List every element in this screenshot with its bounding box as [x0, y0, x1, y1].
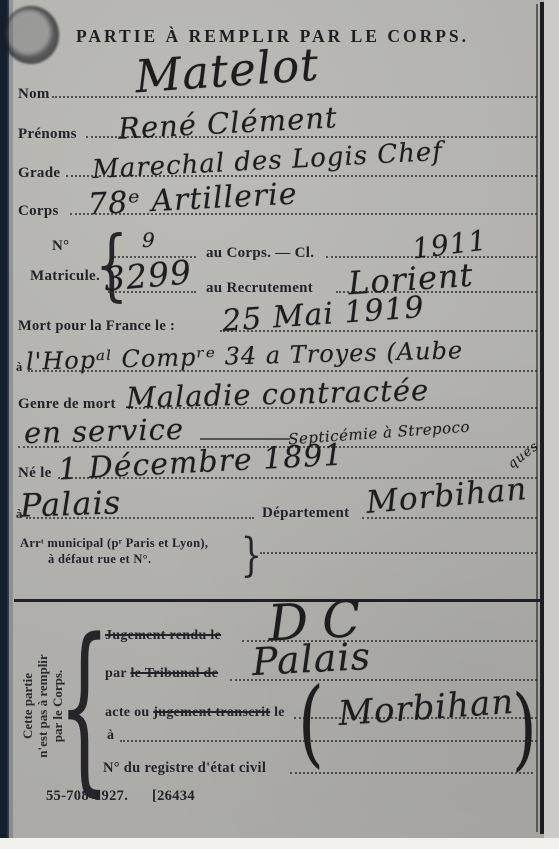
dept-paren-close: ) [512, 676, 537, 781]
scan-border-left [0, 0, 9, 838]
nom-line [52, 96, 537, 98]
grade-label: Grade [18, 165, 60, 182]
sidebar-note-line1: Cette partie [20, 620, 35, 792]
registre-label: N° du registre d'état civil [103, 760, 266, 777]
matricule-no-label: N° [52, 238, 69, 255]
matricule-label: Matricule. [30, 268, 100, 285]
au-corps-label: au Corps. — Cl. [206, 245, 314, 262]
a-line [120, 740, 537, 742]
card-edge-line-thick [540, 2, 544, 834]
mort-label: Mort pour la France le : [18, 318, 175, 335]
acte-label-struck: jugement transcrit [153, 705, 270, 720]
au-recrutement-label: au Recrutement [206, 280, 313, 297]
departement-label: Département [262, 505, 349, 522]
bottom-brace-icon: { [58, 601, 110, 813]
ne-lieu-value: Palais [19, 483, 121, 525]
genre-value2: en service [24, 412, 185, 450]
matricule-recrutement-value: 3299 [102, 252, 193, 299]
matricule-corps-value: 9 [142, 228, 156, 252]
acte-label-suffix: le [270, 705, 285, 720]
tribunal-label: par le Tribunal de [105, 666, 218, 682]
arrt-brace-icon: } [241, 528, 262, 582]
prenoms-value: René Clément [117, 100, 338, 145]
dept-paren-open: ( [298, 668, 325, 778]
arrt-label-line1: Arrᵗ municipal (pʳ Paris et Lyon), [20, 536, 208, 551]
arrt-label-line2: à défaut rue et N°. [48, 552, 151, 567]
footer-batch: [26434 [152, 788, 195, 805]
footer-imprint: 55-708-1927. [46, 788, 128, 805]
nom-label: Nom [18, 86, 50, 103]
acte-label-prefix: acte ou [105, 705, 153, 720]
dept-value: Morbihan [337, 682, 516, 734]
scan-border-right-paper [544, 0, 559, 849]
flourish-dash [200, 438, 290, 440]
jugement-label: Jugement rendu le [105, 628, 221, 644]
arrt-line [260, 552, 537, 554]
a-label: à [107, 728, 114, 744]
ne-label: Né le [18, 465, 52, 482]
registre-line [290, 772, 533, 774]
sidebar-note-line2: n'est pas à remplir [35, 620, 50, 792]
genre-label: Genre de mort [18, 396, 116, 413]
acte-label: acte ou jugement transcrit le [105, 705, 285, 721]
tribunal-label-prefix: par [105, 666, 130, 681]
nom-value: Matelot [133, 38, 320, 104]
scan-border-left-shadow [9, 0, 13, 838]
scan-border-bottom [0, 838, 559, 849]
mort-lieu-label: à [16, 360, 23, 375]
prenoms-label: Prénoms [18, 126, 77, 143]
military-record-card: PARTIE À REMPLIR PAR LE CORPS. Nom Matel… [0, 0, 559, 849]
corps-label: Corps [18, 203, 59, 220]
tribunal-label-struck: le Tribunal de [130, 666, 218, 681]
